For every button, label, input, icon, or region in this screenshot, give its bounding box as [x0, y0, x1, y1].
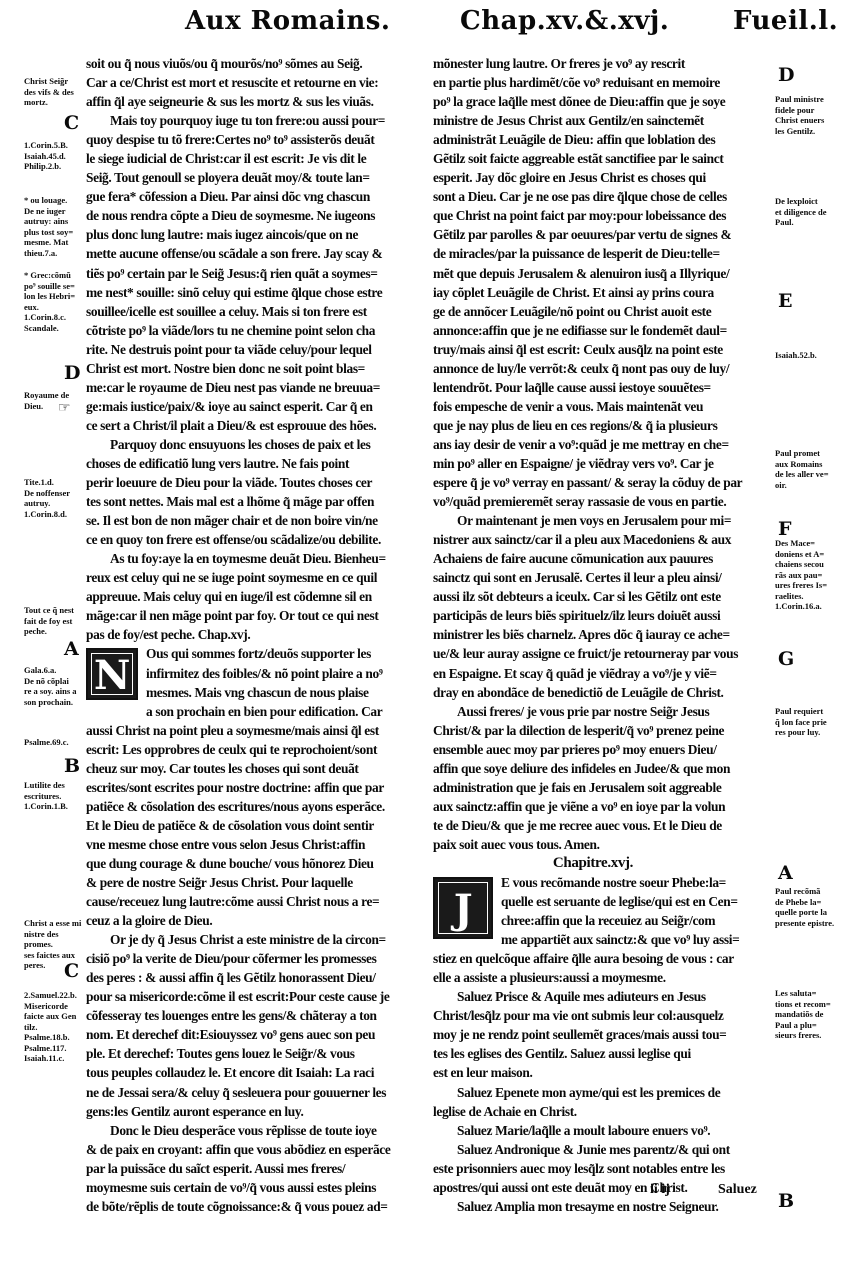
section-letter: B [778, 1190, 794, 1212]
pointing-hand-icon: ☞ [58, 400, 71, 416]
text-line: & pere de nostre Seig̃r Jesus Christ. Po… [86, 873, 422, 892]
text-line: stiez en quelcõque affaire q̃lle aura be… [433, 949, 753, 968]
text-line: que je nay plus de lieu en ces regions/&… [433, 416, 753, 435]
text-line: ne de Jessai sera/& celuy q̃ sesleuera p… [86, 1083, 422, 1102]
marginal-note: Royaume de Dieu. [24, 390, 86, 411]
text-line: esperit. Jay dõc gloire en Jesus Christ … [433, 168, 753, 187]
text-line: me nest* souille: sinõ celuy qui estime … [86, 283, 422, 302]
section-letter: A [64, 638, 79, 660]
text-line: moy je ne rendz point seullemẽt graces/m… [433, 1025, 753, 1044]
text-line: vne mesme chose entre vous selon Jesus C… [86, 835, 422, 854]
text-line: Achaiens de faire aucune cõmunication au… [433, 549, 753, 568]
section-letter: D [778, 64, 794, 86]
marginal-note: Christ Seig̃r des vifs & des mortz. [24, 76, 86, 108]
text-line: espere q̃ je vo⁹ verray en passant/ & se… [433, 473, 753, 492]
text-line: en Espaigne. Et scay q̃ quãd je viẽdray … [433, 664, 753, 683]
text-line: annonce de luy/le verrõt:& ceulx q̃ nont… [433, 359, 753, 378]
text-line: Saluez Prisce & Aquile mes adiuteurs en … [433, 987, 753, 1006]
text-line: Or je dy q̃ Jesus Christ a este ministre… [86, 930, 422, 949]
signature-mark: ii ij [650, 1182, 670, 1198]
text-line: Saluez Epenete mon ayme/qui est les prem… [433, 1083, 753, 1102]
text-line: gue fera* cõfession a Dieu. Par ainsi dõ… [86, 187, 422, 206]
text-line: se. Il est bon de non mãger chair et de … [86, 511, 422, 530]
marginal-note: De lexploict et diligence de Paul. [775, 196, 845, 228]
marginal-note: * ou louage. De ne iuger autruy: ains pl… [24, 195, 86, 258]
text-line: que dung courage & dune bouche/ vous hõn… [86, 854, 422, 873]
text-line: & de paix en croyant: affin que vous abõ… [86, 1140, 422, 1159]
text-line: Saluez Andronique & Junie mes parentz/& … [433, 1140, 753, 1159]
marginal-note: Des Mace= doniens et A= chaiens secou rã… [775, 538, 845, 612]
right-text-column: mõnester lung lautre. Or freres je vo⁹ a… [433, 54, 753, 1216]
section-letter: C [64, 112, 79, 134]
text-line: mẽt que depuis Jerusalem & alenuiron ius… [433, 264, 753, 283]
text-line: sainctz qui sont en Jerusalẽ. Certes il … [433, 568, 753, 587]
text-line: ue/& leur auray assigne ce fruict/je ret… [433, 644, 753, 663]
text-line: moymesme suis certain de vo⁹/q̃ vous aus… [86, 1178, 422, 1197]
section-letter: A [778, 862, 793, 884]
marginal-note: 2.Samuel.22.b. Misericorde faicte aux Ge… [24, 990, 86, 1064]
text-line: affin q̃l aye seigneurie & sus les mortz… [86, 92, 422, 111]
text-line: Saluez Amplia mon tresayme en nostre Sei… [433, 1197, 753, 1216]
text-line: le siege iudicial de Christ:car il est e… [86, 149, 422, 168]
text-line: po⁹ la grace laq̃lle mest dõnee de Dieu:… [433, 92, 753, 111]
text-line: ge de annõcer Leuãgile/nõ point ou Chris… [433, 302, 753, 321]
text-line: nom. Et derechef dit:Esiouyssez vo⁹ gens… [86, 1025, 422, 1044]
section-letter: F [778, 518, 792, 540]
marginal-note: * Grec:cõmũ po⁹ souille se= lon les Hebr… [24, 270, 86, 333]
running-head-chapter: Chap.xv.&.xvj. [460, 6, 669, 36]
text-line: de nous rendra cõpte a Dieu de soymesme.… [86, 206, 422, 225]
text-line: ceuz a la gloire de Dieu. [86, 911, 422, 930]
text-line: aussi ilz sõt debteurs a iceulx. Car si … [433, 587, 753, 606]
text-line: truy/mais ainsi q̃l est escrit: Ceulx au… [433, 340, 753, 359]
text-line: ensemble auec moy par prieres po⁹ moy en… [433, 740, 753, 759]
text-line: soit ou q̃ nous viuõs/ou q̃ mourõs/no⁹ s… [86, 54, 422, 73]
text-line: rite. Ne destruis point pour ta viãde ce… [86, 340, 422, 359]
text-line: Christ/& par la dilection de lesperit/q̃… [433, 721, 753, 740]
text-line: Or maintenant je men voys en Jerusalem p… [433, 511, 753, 530]
text-line: que Christ na point faict par moy:pour l… [433, 206, 753, 225]
section-letter: E [778, 290, 792, 312]
text-line: est en leur maison. [433, 1063, 753, 1082]
text-line: te de Dieu/& que je me recree auec vous.… [433, 816, 753, 835]
text-line: pas de foy/est peche. Chap.xvj. [86, 625, 422, 644]
text-line: cause/receuez lung lautre:cõme aussi Chr… [86, 892, 422, 911]
text-line: par la puissãce du saĩct esperit. Aussi … [86, 1159, 422, 1178]
marginal-note: Lutilite des escritures. 1.Corin.1.B. [24, 780, 86, 812]
text-line: me:car le royaume de Dieu nest pas viand… [86, 378, 422, 397]
text-line: tous peuples collaudez le. Et encore dit… [86, 1063, 422, 1082]
text-line: Gẽtilz par parolles & par oeuures/par ve… [433, 225, 753, 244]
text-line: cisiõ po⁹ la verite de Dieu/pour cõferme… [86, 949, 422, 968]
text-line: administrãt Leuãgile de Dieu: affin que … [433, 130, 753, 149]
text-line: vo⁹/quãd premieremẽt seray rassasie de v… [433, 492, 753, 511]
text-line: Gẽtilz soit faicte aggreable estãt sanct… [433, 149, 753, 168]
text-line: annonce:affin que je ne edifiasse sur le… [433, 321, 753, 340]
text-line: As tu foy:aye la en toymesme deuãt Dieu.… [86, 549, 422, 568]
marginal-note: Gala.6.a. De nõ cõplai re a soy. ains a … [24, 665, 86, 707]
text-line: sont a Dieu. Car je ne ose pas dire q̃lq… [433, 187, 753, 206]
text-line: mãge:car il nen mãge point par foy. Or t… [86, 606, 422, 625]
text-line: Et le Dieu de patiẽce & de cõsolation vo… [86, 816, 422, 835]
text-line: affin que soye deliure des infideles en … [433, 759, 753, 778]
text-line: Parquoy donc ensuyuons les choses de pai… [86, 435, 422, 454]
text-line: Car a ce/Christ est mort et resuscite et… [86, 73, 422, 92]
text-line: ans iay desir de venir a vo⁹:quãd je me … [433, 435, 753, 454]
text-line: en partie plus hardimẽt/cõe vo⁹ reduisan… [433, 73, 753, 92]
text-line: ministre de Jesus Christ aux Gentilz/en … [433, 111, 753, 130]
text-line: des peres : & aussi affin q̃ les Gẽtilz … [86, 968, 422, 987]
section-letter: B [64, 755, 80, 777]
text-line: cõfesseray tes louenges entre les gens/&… [86, 1006, 422, 1025]
text-line: lentendrõt. Pour laq̃lle cause aussi ies… [433, 378, 753, 397]
text-line: mõnester lung lautre. Or freres je vo⁹ a… [433, 54, 753, 73]
marginal-note: Paul ministre fidele pour Christ enuers … [775, 94, 845, 136]
marginal-note: Psalme.69.c. [24, 737, 86, 748]
running-head-book-title: Aux Romains. [185, 6, 390, 36]
text-line: ce sert a Christ/il plait a Dieu/& est e… [86, 416, 422, 435]
text-line: a son prochain en bien pour edification.… [86, 702, 422, 721]
text-line: ministrer les biẽs charnelz. Apres dõc q… [433, 625, 753, 644]
text-line: participãs de leurs biẽs spirituelz/ilz … [433, 606, 753, 625]
book-page: Aux Romains. Chap.xv.&.xvj. Fueil.l. soi… [0, 0, 848, 1271]
text-line: min po⁹ aller en Espaigne/ je viẽdray ve… [433, 454, 753, 473]
text-line: patiẽce & cõsolation des escritures/nous… [86, 797, 422, 816]
marginal-note: Tout ce q̃ nest fait de foy est peche. [24, 605, 86, 637]
text-line: souillee/icelle est souillee a celuy. Ma… [86, 302, 422, 321]
left-text-column: soit ou q̃ nous viuõs/ou q̃ mourõs/no⁹ s… [86, 54, 422, 1216]
marginal-note: Paul recõmã de Phebe la= quelle porte la… [775, 886, 845, 928]
text-line: Donc le Dieu desperãce vous rẽplisse de … [86, 1121, 422, 1140]
chapter-opening: N Ous qui sommes fortz/deuõs supporter l… [86, 644, 422, 720]
marginal-note: 1.Corin.5.B. Isaiah.45.d. Philip.2.b. [24, 140, 86, 172]
text-line: perir loeuure de Dieu pour la viãde. Tou… [86, 473, 422, 492]
text-line: escrit: Les opprobres de ceulx qui te re… [86, 740, 422, 759]
decorated-initial-letter: N [86, 648, 138, 700]
marginal-note: Isaiah.52.b. [775, 350, 845, 361]
text-line: tes sont nettes. Mais mal est a lhõme q̃… [86, 492, 422, 511]
decorated-initial-letter: J [433, 877, 493, 939]
text-line: gens:les Gentilz auront esperance en luy… [86, 1102, 422, 1121]
marginal-note: Les saluta= tions et recom= mandatiõs de… [775, 988, 845, 1041]
text-line: Seig̃. Tout genoull se ployera deuãt moy… [86, 168, 422, 187]
text-line: apostres/qui aussi ont este deuãt moy en… [433, 1178, 753, 1197]
text-line: Christ/lesq̃lz pour ma vie ont submis le… [433, 1006, 753, 1025]
text-line: cõtriste po⁹ la viãde/lors tu ne chemine… [86, 321, 422, 340]
text-line: Aussi freres/ je vous prie par nostre Se… [433, 702, 753, 721]
chapter-opening: J E vous recõmande nostre soeur Phebe:la… [433, 873, 753, 949]
marginal-note: Paul requiert q̃ lon face prie res pour … [775, 706, 845, 738]
text-line: ple. Et derechef: Toutes gens louez le S… [86, 1044, 422, 1063]
text-line: escrites/sont escrites pour nostre doctr… [86, 778, 422, 797]
text-line: iay cõplet Leuãgile de Christ. Et ainsi … [433, 283, 753, 302]
text-line: reux est celuy qui ne se iuge point soym… [86, 568, 422, 587]
text-line: tes les eglises des Gentilz. Saluez auss… [433, 1044, 753, 1063]
text-line: elle a assiste a plusieurs:aussi a moyme… [433, 968, 753, 987]
section-letter: C [64, 960, 79, 982]
text-line: cheuz sur moy. Car toutes les choses qui… [86, 759, 422, 778]
text-line: fois empesche de venir a vous. Mais main… [433, 397, 753, 416]
marginal-note: Tite.1.d. De noffenser autruy. 1.Corin.8… [24, 477, 86, 519]
text-line: pour sa misericorde:cõme il est escrit:P… [86, 987, 422, 1006]
text-line: este prisonniers auec moy lesq̃lz sont n… [433, 1159, 753, 1178]
marginal-note: Paul promet aux Romains de les aller ve=… [775, 448, 845, 490]
text-line: Mais toy pourquoy iuge tu ton frere:ou a… [86, 111, 422, 130]
text-line: appreuue. Mais celuy qui en iuge/il est … [86, 587, 422, 606]
text-line: dray en abondãce de benedictiõ de Leuãgi… [433, 683, 753, 702]
text-line: Christ est mort. Nostre bien donc ne soi… [86, 359, 422, 378]
section-letter: D [64, 362, 80, 384]
text-line: Saluez Marie/laq̃lle a moult laboure enu… [433, 1121, 753, 1140]
text-line: choses de edificatiõ lung vers lautre. N… [86, 454, 422, 473]
text-line: administration que je fais en Jerusalem … [433, 778, 753, 797]
text-line: de bõte/rẽplis de toute cõgnoissance:& q… [86, 1197, 422, 1216]
text-line: de miracles/par la puissance de lesperit… [433, 244, 753, 263]
text-line: paix soit auec vous tous. Amen. [433, 835, 753, 854]
chapter-heading: Chapitre.xvj. [433, 854, 753, 873]
text-line: aussi Christ na point pleu a soymesme/ma… [86, 721, 422, 740]
text-line: mette aucune offense/ou scãdale a son fr… [86, 244, 422, 263]
text-line: tiẽs po⁹ certain par le Seig̃ Jesus:q̃ r… [86, 264, 422, 283]
folio-number: Fueil.l. [733, 6, 838, 36]
text-line: nistrer aux sainctz/car il a pleu aux Ma… [433, 530, 753, 549]
text-line: ge:mais iustice/paix/& ioye au sainct es… [86, 397, 422, 416]
text-line: ce en quoy ton frere est offense/ou scãd… [86, 530, 422, 549]
catchword: Saluez [718, 1182, 757, 1198]
text-line: plus donc lung lautre: mais iugez aincoi… [86, 225, 422, 244]
text-line: aux sainctz:affin que je viẽne a vo⁹ en … [433, 797, 753, 816]
text-line: quoy despise tu tõ frere:Certes no⁹ to⁹ … [86, 130, 422, 149]
section-letter: G [778, 648, 794, 670]
text-line: leglise de Achaie en Christ. [433, 1102, 753, 1121]
